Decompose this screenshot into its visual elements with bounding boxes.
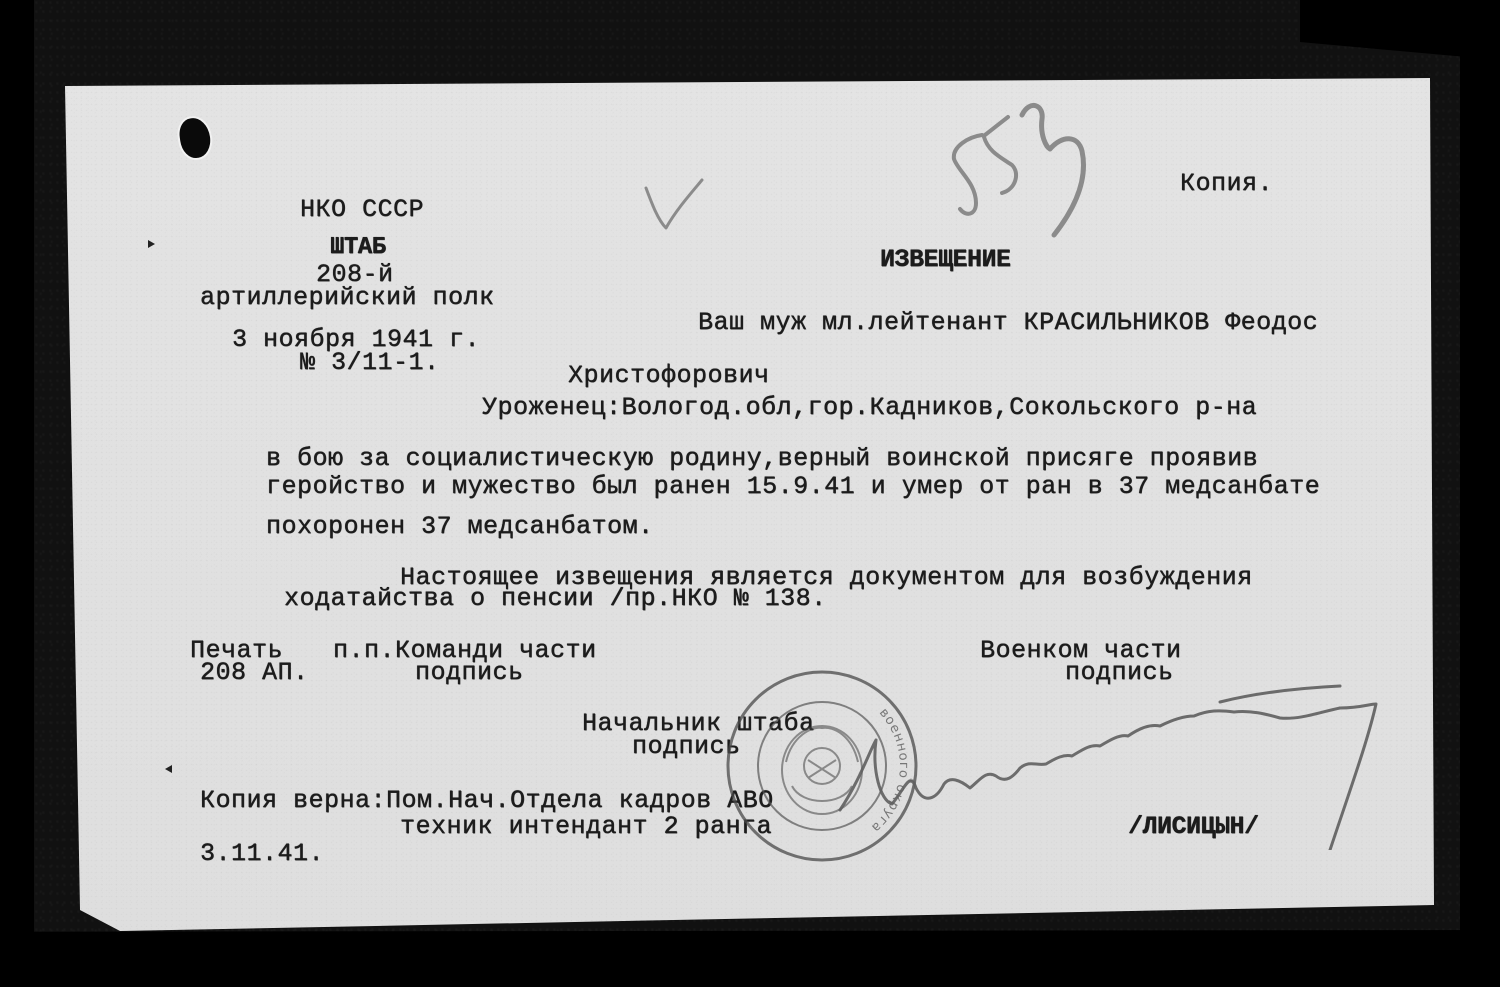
body-line-3: похоронен 37 медсанбатом. [266, 514, 654, 539]
body-line-2: геройство и мужество был ранен 15.9.41 и… [266, 474, 1320, 499]
org-ministry: НКО СССР [300, 197, 424, 222]
pension-note-line-2: ходатайства о пенсии /пр.НКО № 138. [284, 586, 827, 611]
certification-date: 3.11.41. [200, 841, 324, 866]
addressee-line-2: Христофорович [568, 363, 770, 388]
margin-mark [148, 240, 155, 248]
scanner-border-right [1460, 0, 1500, 987]
body-line-1: в бою за социалистическую родину,верный … [266, 446, 1258, 471]
org-staff: ШТАБ [330, 236, 386, 260]
scanner-border-left [0, 0, 34, 987]
org-regiment-name: артиллерийский полк [200, 285, 495, 310]
handwritten-signature [820, 680, 1440, 850]
addressee-line-1: Ваш муж мл.лейтенант КРАСИЛЬНИКОВ Феодос [698, 310, 1318, 335]
document-title: ИЗВЕЩЕНИЕ [880, 247, 1011, 272]
document-number: № 3/11-1. [300, 350, 440, 375]
certification-line-2: техник интендант 2 ранга [400, 814, 772, 839]
seal-unit: 208 АП. [200, 660, 309, 685]
scanner-border-bottom [0, 930, 1500, 987]
margin-mark [165, 765, 172, 773]
scanned-document: Копия. НКО СССР ШТАБ 208-й артиллерийски… [0, 0, 1500, 987]
handwritten-number-553 [930, 95, 1100, 245]
commander-signature-label: подпись [415, 660, 524, 685]
certification-line-1: Копия верна:Пом.Нач.Отдела кадров АВО [200, 788, 774, 813]
copy-label: Копия. [1180, 171, 1273, 196]
checkmark-icon [640, 170, 710, 240]
addressee-line-3: Уроженец:Вологод.обл,гор.Кадников,Соколь… [482, 395, 1257, 420]
